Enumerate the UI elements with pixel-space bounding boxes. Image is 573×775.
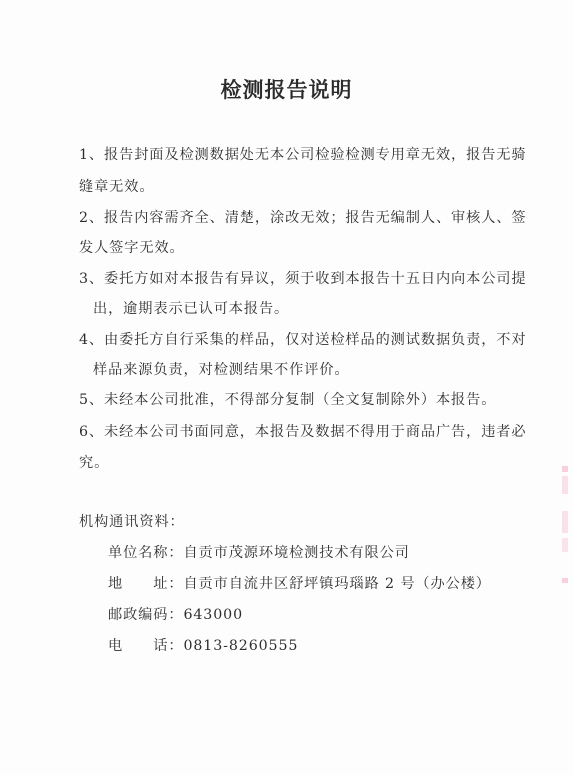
postcode-label: 邮政编码：	[108, 604, 183, 624]
address-value: 自贡市自流井区舒坪镇玛瑙路 2 号（办公楼）	[183, 576, 490, 592]
clause-6-line-1: 6、未经本公司书面同意，本报告及数据不得用于商品广告，违者必	[79, 421, 526, 441]
clause-1-line-1: 1、报告封面及检测数据处无本公司检验检测专用章无效，报告无骑	[79, 144, 526, 164]
clause-4-line-2: 样品来源负责，对检测结果不作评价。	[93, 359, 350, 379]
unit-value: 自贡市茂源环境检测技术有限公司	[183, 545, 409, 561]
clause-3-line-2: 出，逾期表示已认可本报告。	[93, 298, 289, 318]
clause-3-line-1: 3、委托方如对本报告有异议，须于收到本报告十五日内向本公司提	[79, 268, 526, 288]
contact-phone-row: 电 话：0813-8260555	[108, 635, 298, 655]
clause-2-line-1: 2、报告内容需齐全、清楚，涂改无效；报告无编制人、审核人、签	[79, 207, 526, 227]
contact-unit-row: 单位名称：自贡市茂源环境检测技术有限公司	[108, 542, 410, 562]
unit-label: 单位名称：	[108, 542, 183, 562]
document-title: 检测报告说明	[0, 74, 573, 104]
clause-1-line-2: 缝章无效。	[79, 176, 154, 196]
contact-heading: 机构通讯资料：	[79, 511, 185, 531]
clause-2-line-2: 发人签字无效。	[79, 237, 185, 257]
phone-value: 0813-8260555	[183, 638, 298, 654]
contact-address-row: 地 址：自贡市自流井区舒坪镇玛瑙路 2 号（办公楼）	[108, 573, 491, 593]
clause-5-line-1: 5、未经本公司批准，不得部分复制（全文复制除外）本报告。	[79, 389, 496, 409]
clause-4-line-1: 4、由委托方自行采集的样品，仅对送检样品的测试数据负责，不对	[79, 329, 526, 349]
contact-postcode-row: 邮政编码：643000	[108, 604, 243, 624]
clause-6-line-2: 究。	[79, 452, 109, 472]
address-label: 地 址：	[108, 573, 183, 593]
perforation-seal-stamp	[562, 466, 570, 586]
postcode-value: 643000	[183, 607, 243, 623]
phone-label: 电 话：	[108, 635, 183, 655]
